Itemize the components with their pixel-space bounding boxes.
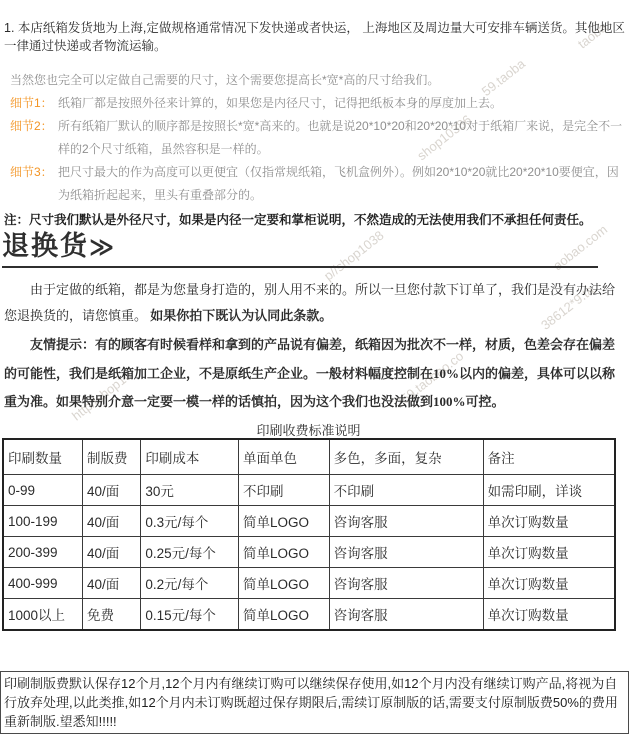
- cell: 0.3元/每个: [141, 506, 239, 537]
- returns-policy-paragraph: 由于定做的纸箱，都是为您量身打造的，别人用不来的。所以一旦您付款下订单了，我们是…: [4, 277, 623, 329]
- cell: 不印刷: [329, 475, 483, 506]
- table-row: 200-399 40/面 0.25元/每个 简单LOGO 咨询客服 单次订购数量: [3, 537, 615, 568]
- size-detail-1: 细节1：纸箱厂都是按照外径来计算的，如果您是内径尺寸，记得把纸板本身的厚度加上去…: [10, 92, 627, 115]
- cell: 免费: [83, 599, 141, 631]
- table-row: 0-99 40/面 30元 不印刷 不印刷 如需印刷，详谈: [3, 475, 615, 506]
- table-header-row: 印刷数量 制版费 印刷成本 单面单色 多色，多面，复杂 备注: [3, 439, 615, 475]
- printing-fee-table-title: 印刷收费标准说明: [0, 420, 617, 439]
- cell: 0-99: [3, 475, 83, 506]
- cell: 咨询客服: [329, 537, 483, 568]
- double-chevron-icon: ≫: [89, 234, 114, 261]
- plate-fee-retention-notice: 印刷制版费默认保存12个月,12个月内有继续订购可以继续保存使用,如12个月内没…: [0, 671, 629, 734]
- cell: 0.15元/每个: [141, 599, 239, 631]
- cell: 40/面: [83, 537, 141, 568]
- cell: 400-999: [3, 568, 83, 599]
- returns-section-heading: 退换货≫: [2, 224, 598, 268]
- cell: 1000以上: [3, 599, 83, 631]
- size-detail-2: 细节2：所有纸箱厂默认的顺序都是按照长*宽*高来的。也就是说20*10*20和2…: [10, 115, 627, 161]
- detail-3-text: 把尺寸最大的作为高度可以更便宜（仅指常规纸箱，飞机盒例外）。例如20*10*20…: [58, 165, 619, 202]
- product-description-page: taoba 59.taoba shop10386 p//shop1038 aob…: [0, 0, 631, 743]
- cell: 40/面: [83, 568, 141, 599]
- col-header-single: 单面单色: [239, 439, 330, 475]
- cell: 40/面: [83, 475, 141, 506]
- printing-fee-table: 印刷数量 制版费 印刷成本 单面单色 多色，多面，复杂 备注 0-99 40/面…: [2, 438, 616, 631]
- cell: 0.2元/每个: [141, 568, 239, 599]
- cell: 单次订购数量: [483, 599, 615, 631]
- col-header-remark: 备注: [483, 439, 615, 475]
- cell: 0.25元/每个: [141, 537, 239, 568]
- col-header-quantity: 印刷数量: [3, 439, 83, 475]
- col-header-plate-fee: 制版费: [83, 439, 141, 475]
- custom-size-section: 当然您也完全可以定做自己需要的尺寸，这个需要您提高长*宽*高的尺寸给我们。 细节…: [10, 69, 627, 207]
- detail-2-text: 所有纸箱厂默认的顺序都是按照长*宽*高来的。也就是说20*10*20和20*20…: [58, 119, 622, 156]
- detail-1-label: 细节1：: [10, 92, 58, 115]
- detail-3-label: 细节3：: [10, 161, 58, 184]
- returns-policy-bold-clause: 如果你拍下既认为认同此条款。: [147, 308, 332, 323]
- cell: 100-199: [3, 506, 83, 537]
- cell: 简单LOGO: [239, 599, 330, 631]
- cell: 咨询客服: [329, 568, 483, 599]
- table-row: 400-999 40/面 0.2元/每个 简单LOGO 咨询客服 单次订购数量: [3, 568, 615, 599]
- friendly-reminder-paragraph: 友情提示：有的顾客有时候看样和拿到的产品说有偏差，纸箱因为批次不一样，材质，色差…: [4, 331, 623, 417]
- col-header-print-cost: 印刷成本: [141, 439, 239, 475]
- cell: 不印刷: [239, 475, 330, 506]
- cell: 单次订购数量: [483, 537, 615, 568]
- table-row: 100-199 40/面 0.3元/每个 简单LOGO 咨询客服 单次订购数量: [3, 506, 615, 537]
- cell: 咨询客服: [329, 506, 483, 537]
- size-detail-3: 细节3：把尺寸最大的作为高度可以更便宜（仅指常规纸箱，飞机盒例外）。例如20*1…: [10, 161, 627, 207]
- size-intro: 当然您也完全可以定做自己需要的尺寸，这个需要您提高长*宽*高的尺寸给我们。: [10, 69, 627, 92]
- cell: 咨询客服: [329, 599, 483, 631]
- table-row: 1000以上 免费 0.15元/每个 简单LOGO 咨询客服 单次订购数量: [3, 599, 615, 631]
- cell: 30元: [141, 475, 239, 506]
- detail-1-text: 纸箱厂都是按照外径来计算的，如果您是内径尺寸，记得把纸板本身的厚度加上去。: [58, 96, 502, 110]
- cell: 单次订购数量: [483, 568, 615, 599]
- cell: 单次订购数量: [483, 506, 615, 537]
- detail-2-label: 细节2：: [10, 115, 58, 138]
- cell: 简单LOGO: [239, 506, 330, 537]
- cell: 200-399: [3, 537, 83, 568]
- cell: 简单LOGO: [239, 537, 330, 568]
- col-header-multi: 多色，多面，复杂: [329, 439, 483, 475]
- returns-heading-text: 退换货: [2, 231, 89, 261]
- cell: 如需印刷，详谈: [483, 475, 615, 506]
- cell: 简单LOGO: [239, 568, 330, 599]
- cell: 40/面: [83, 506, 141, 537]
- shipping-note: 1. 本店纸箱发货地为上海,定做规格通常情况下发快递或者快运， 上海地区及周边量…: [4, 19, 627, 55]
